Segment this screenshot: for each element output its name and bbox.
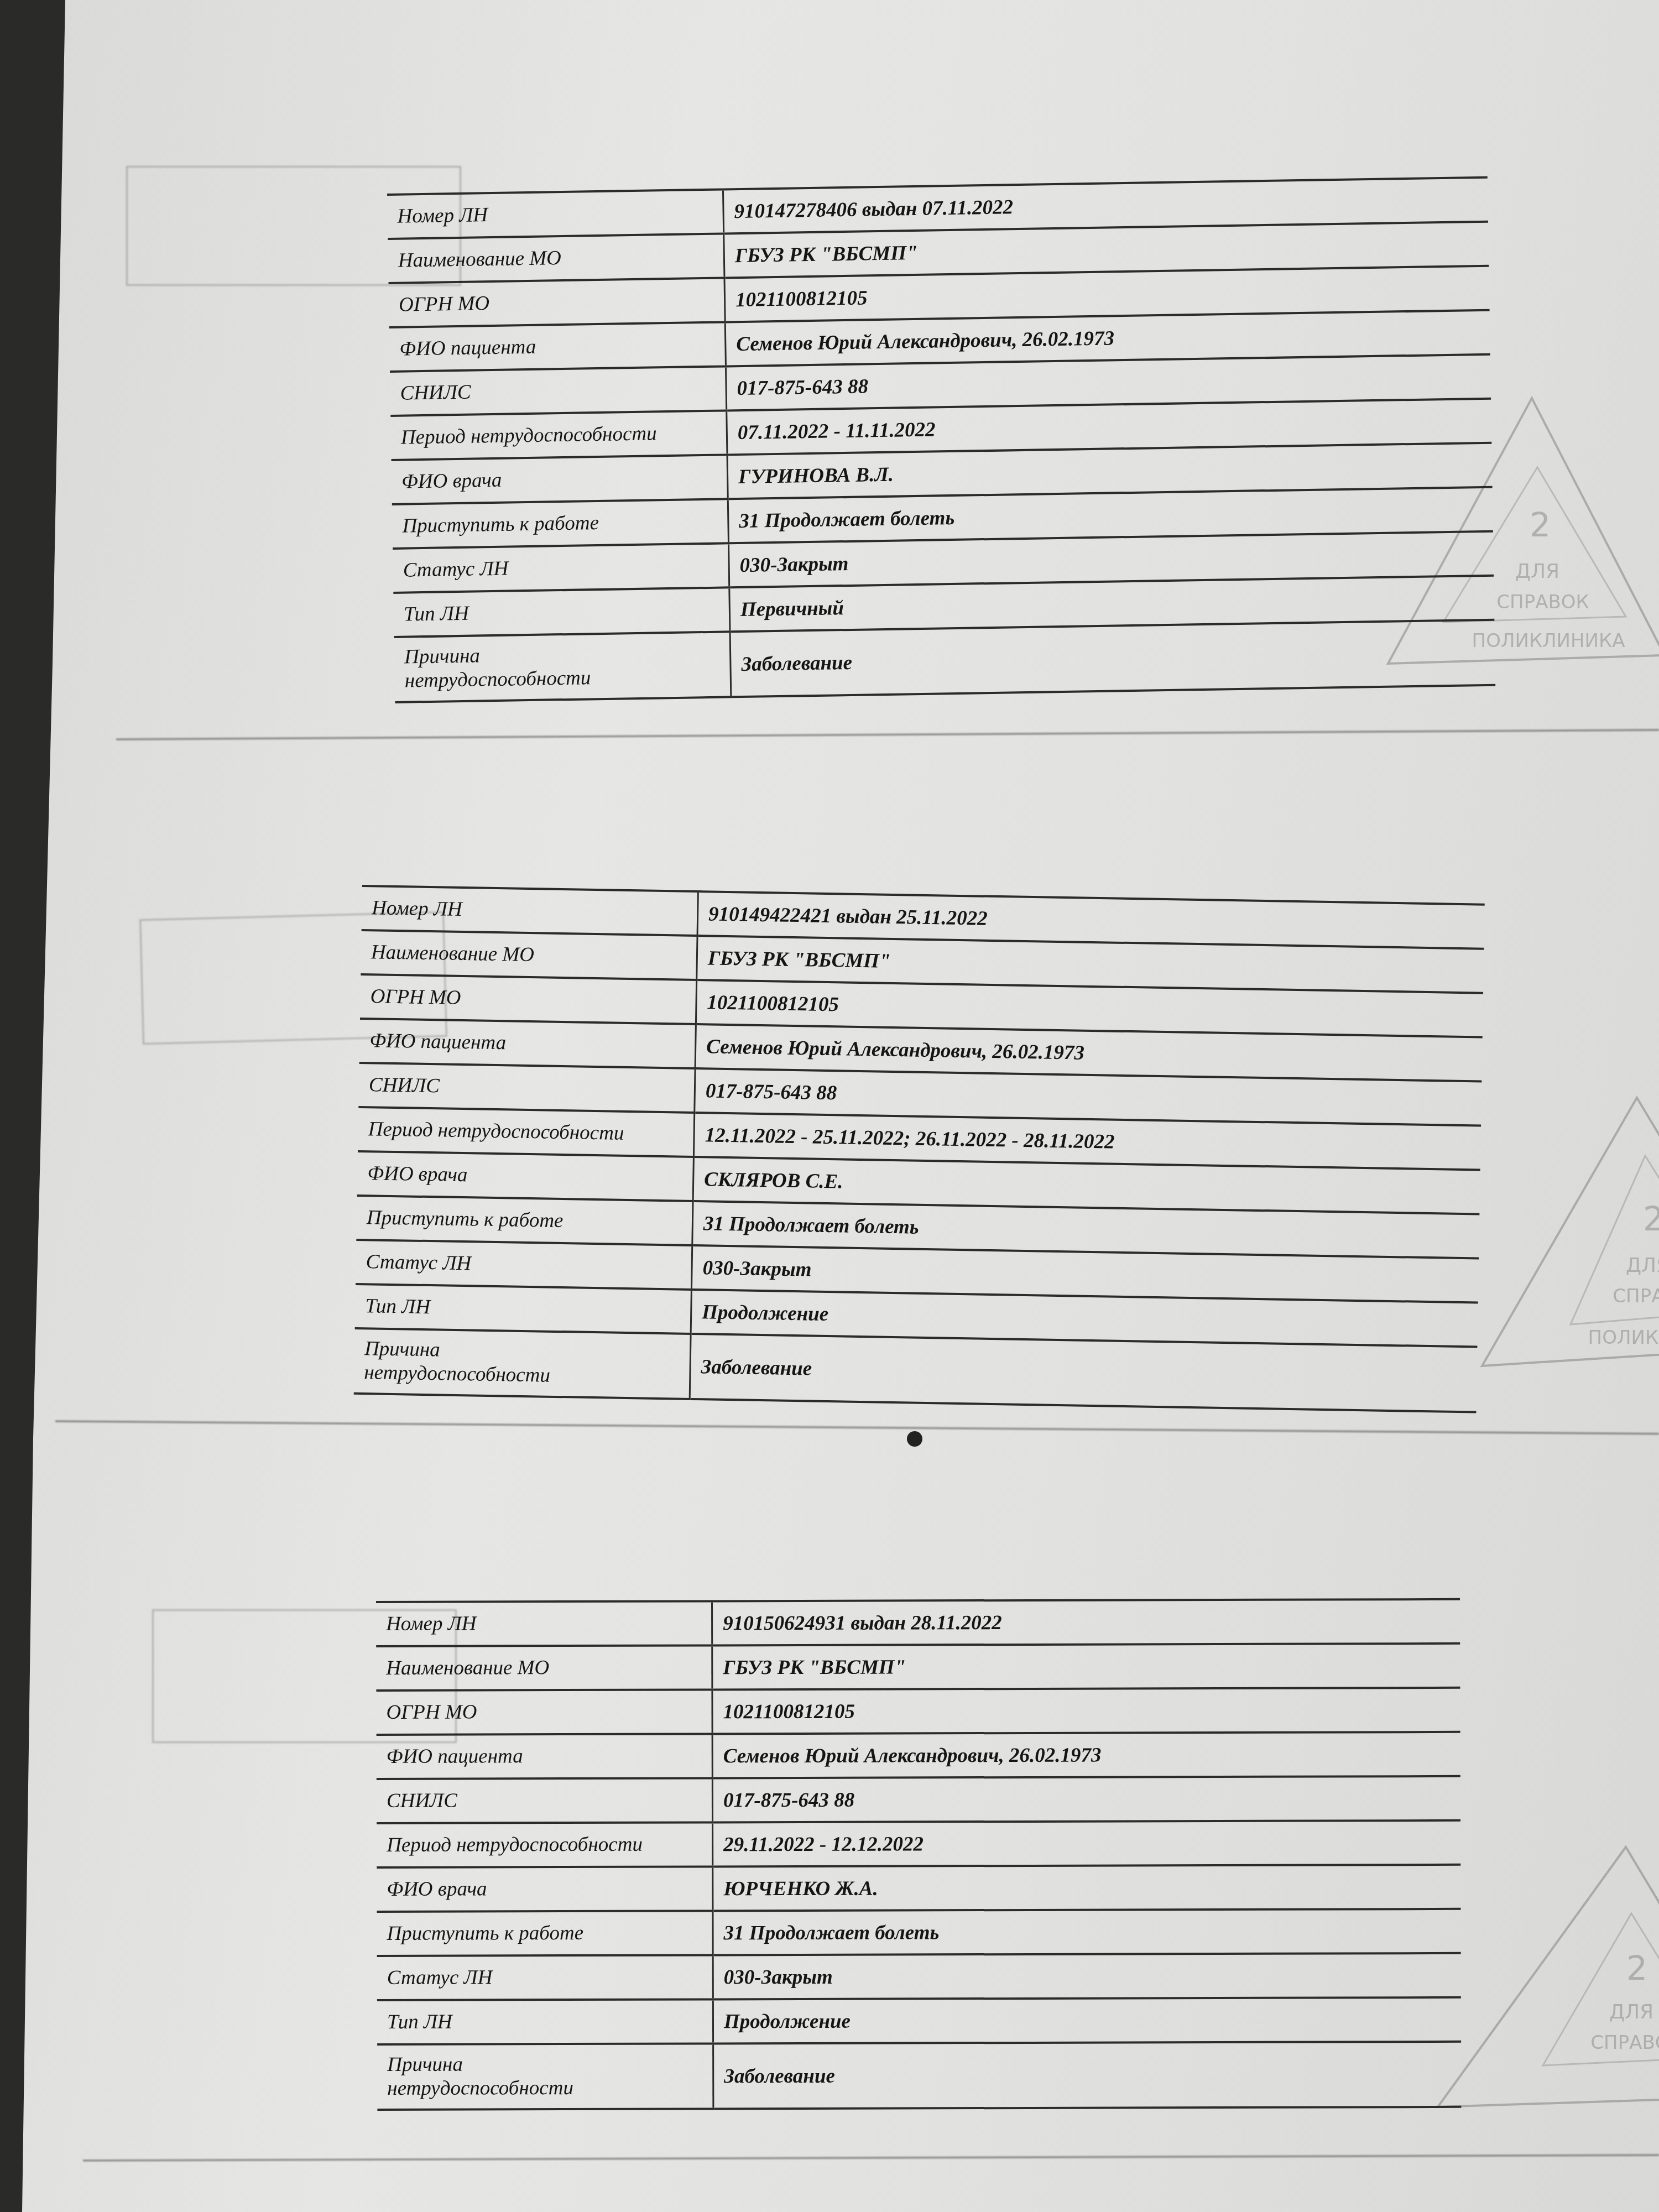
svg-text:2: 2 [1530,506,1551,545]
value-ogrn: 1021100812105 [712,1688,1460,1734]
value-reason: Заболевание [730,620,1495,697]
value-period: 29.11.2022 - 12.12.2022 [713,1820,1461,1867]
label-mo-name: Наименование МО [376,1645,712,1691]
label-mo-name: Наименование МО [361,930,697,980]
label-doctor: ФИО врача [357,1151,694,1201]
label-patient: ФИО пациента [359,1019,696,1068]
label-return-to-work: Приступить к работе [392,499,729,549]
label-reason-line2: нетрудоспособности [405,666,591,692]
label-ogrn: ОГРН МО [360,974,697,1024]
value-status: 030-Закрыт [713,1953,1461,2000]
label-ln-type: Тип ЛН [393,587,730,637]
label-reason-line2: нетрудоспособности [387,2077,573,2100]
label-patient: ФИО пациента [389,322,726,372]
label-snils: СНИЛС [358,1063,695,1113]
label-snils: СНИЛС [377,1778,713,1823]
row-patient: ФИО пациентаСеменов Юрий Александрович, … [377,1732,1460,1779]
value-return-to-work: 31 Продолжает болеть [713,1909,1461,1955]
value-ln-type: Продолжение [713,1997,1461,2044]
label-reason: Причинанетрудоспособности [354,1328,691,1399]
svg-text:СПРАВОК: СПРАВОК [1496,591,1589,613]
svg-text:СПРАВОК: СПРАВОК [1590,2032,1659,2054]
value-snils: 017-875-643 88 [712,1776,1460,1823]
sick-leave-table-3: Номер ЛН910150624931 выдан 28.11.2022 На… [376,1598,1461,2111]
label-return-to-work: Приступить к работе [377,1911,713,1956]
label-doctor: ФИО врача [377,1866,713,1912]
label-period: Период нетрудоспособности [358,1107,695,1157]
value-reason: Заболевание [713,2042,1462,2109]
row-doctor: ФИО врачаЮРЧЕНКО Ж.А. [377,1865,1460,1912]
label-period: Период нетрудоспособности [390,410,727,460]
label-number: Номер ЛН [376,1601,712,1646]
label-ogrn: ОГРН МО [376,1689,712,1735]
label-status: Статус ЛН [377,1955,713,2000]
value-patient: Семенов Юрий Александрович, 26.02.1973 [712,1732,1460,1778]
svg-text:СПРАВОК: СПРАВОК [1613,1285,1659,1307]
label-ln-type: Тип ЛН [355,1284,692,1334]
value-number: 910150624931 выдан 28.11.2022 [712,1599,1460,1646]
label-number: Номер ЛН [387,189,724,239]
row-reason: ПричинанетрудоспособностиЗаболевание [377,2042,1461,2110]
label-reason: Причинанетрудоспособности [394,632,731,702]
value-reason: Заболевание [690,1334,1477,1412]
label-reason-line1: Причина [364,1338,440,1361]
label-period: Период нетрудоспособности [377,1822,713,1867]
svg-text:ДЛЯ: ДЛЯ [1609,2001,1653,2023]
label-snils: СНИЛС [390,366,727,416]
svg-text:2: 2 [1643,1200,1659,1239]
label-patient: ФИО пациента [377,1734,713,1779]
label-reason-line1: Причина [387,2053,463,2076]
sick-leave-table-2: Номер ЛН910149422421 выдан 25.11.2022 На… [354,885,1485,1413]
label-mo-name: Наименование МО [388,233,724,283]
row-ln-type: Тип ЛНПродолжение [377,1997,1461,2044]
row-status: Статус ЛН030-Закрыт [377,1953,1461,2000]
ink-spot [907,1431,922,1447]
label-status: Статус ЛН [356,1240,692,1290]
label-doctor: ФИО врача [392,455,728,504]
svg-text:ДЛЯ: ДЛЯ [1626,1254,1659,1277]
row-number: Номер ЛН910150624931 выдан 28.11.2022 [376,1599,1460,1646]
label-return-to-work: Приступить к работе [356,1196,693,1245]
row-ogrn: ОГРН МО1021100812105 [376,1688,1460,1735]
value-doctor: ЮРЧЕНКО Ж.А. [713,1865,1461,1911]
label-ogrn: ОГРН МО [389,278,726,327]
label-reason: Причинанетрудоспособности [377,2043,713,2110]
label-reason-line2: нетрудоспособности [364,1361,550,1387]
row-mo-name: Наименование МОГБУЗ РК "ВБСМП" [376,1644,1460,1691]
row-period: Период нетрудоспособности29.11.2022 - 12… [377,1820,1460,1867]
row-snils: СНИЛС017-875-643 88 [377,1776,1460,1823]
row-return-to-work: Приступить к работе31 Продолжает болеть [377,1909,1460,1956]
label-number: Номер ЛН [362,886,698,936]
sick-leave-table-1: Номер ЛН910147278406 выдан 07.11.2022 На… [387,176,1495,703]
label-reason-line1: Причина [404,645,480,669]
label-ln-type: Тип ЛН [377,1999,713,2044]
svg-text:ДЛЯ: ДЛЯ [1515,560,1559,583]
svg-text:2: 2 [1626,1949,1647,1988]
svg-text:ПОЛИКЛИНИКА: ПОЛИКЛИНИКА [1588,1327,1659,1349]
value-mo-name: ГБУЗ РК "ВБСМП" [712,1644,1460,1690]
label-status: Статус ЛН [393,543,729,593]
